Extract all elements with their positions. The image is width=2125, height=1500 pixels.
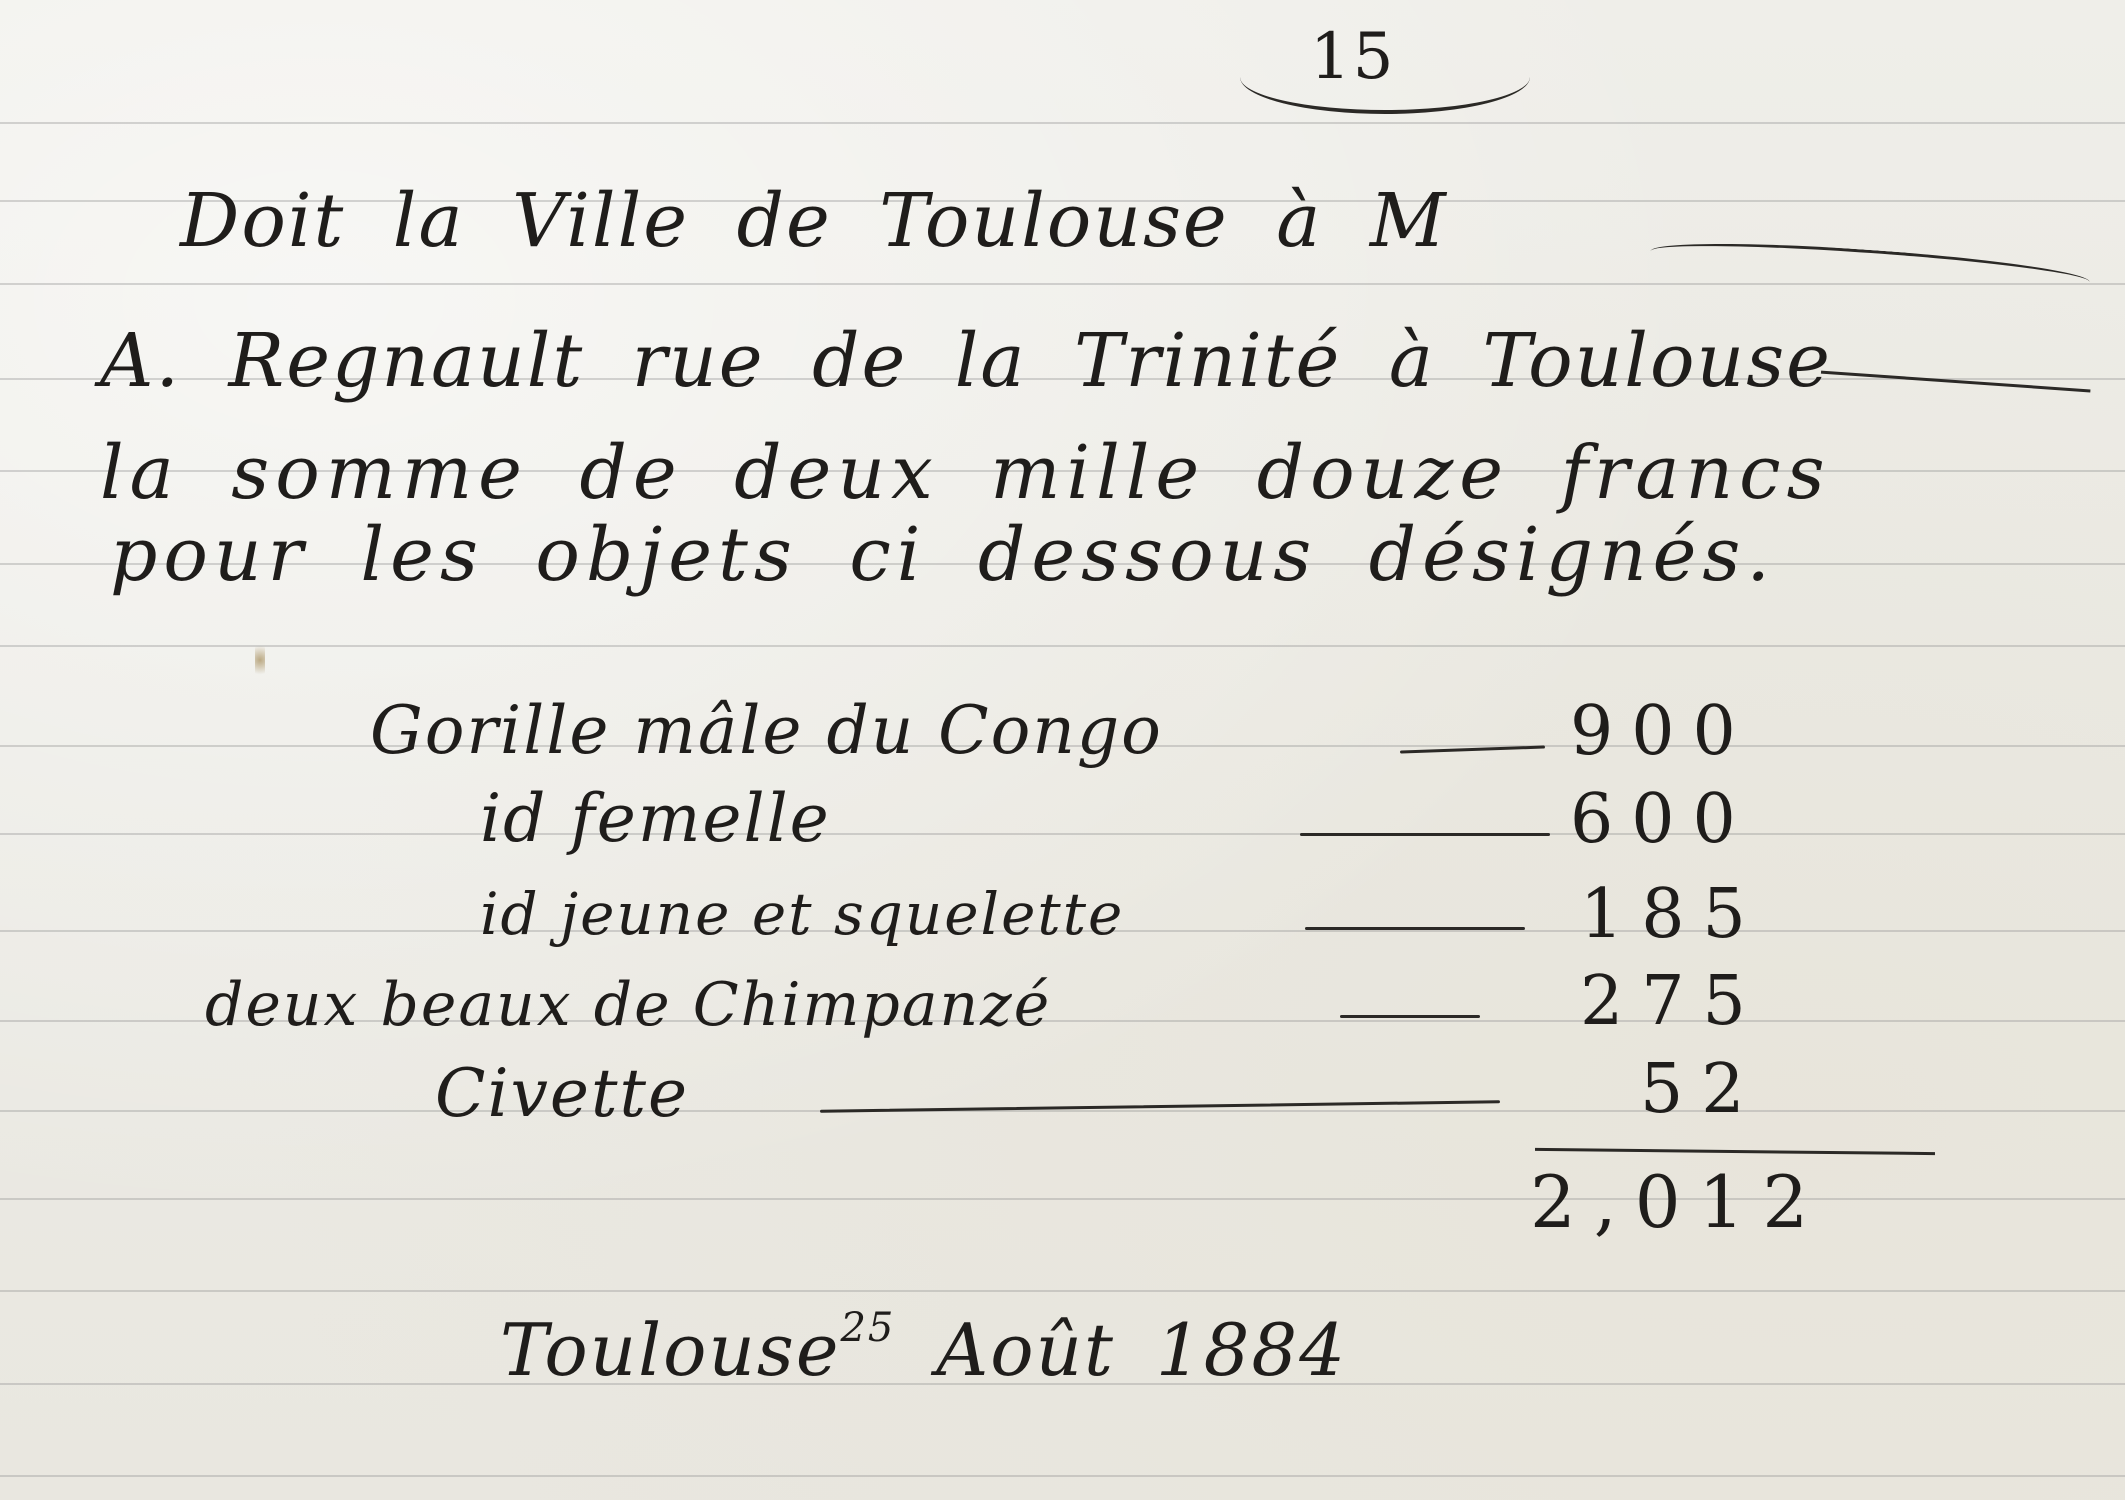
total-amount: 2,012 — [1530, 1160, 1826, 1244]
ruled-line — [0, 283, 2125, 285]
item-amount: 275 — [1580, 962, 1764, 1041]
ruled-line — [0, 122, 2125, 124]
item-leader-line — [1340, 1015, 1480, 1018]
page-number: 15 — [1310, 20, 1395, 94]
ruled-line — [0, 645, 2125, 647]
item-leader-line — [1305, 927, 1525, 930]
item-label: Gorille mâle du Congo — [370, 692, 1163, 769]
item-label: deux beaux de Chimpanzé — [205, 970, 1051, 1040]
item-label: id femelle — [480, 780, 831, 857]
header-line-4: pour les objets ci dessous désignés. — [110, 512, 1776, 598]
ruled-line — [0, 1290, 2125, 1292]
item-amount: 185 — [1580, 875, 1764, 954]
item-amount: 900 — [1570, 692, 1754, 771]
ruled-line — [0, 833, 2125, 835]
date-month: Août — [936, 1308, 1115, 1392]
header-line-2: A. Regnault rue de la Trinité à Toulouse — [100, 318, 1832, 404]
date-line: Toulouse25 Août 1884 — [500, 1305, 1347, 1392]
date-place: Toulouse — [500, 1308, 840, 1392]
ink-stain — [255, 640, 265, 680]
header-line-1: Doit la Ville de Toulouse à M — [180, 178, 1448, 264]
date-day: 25 — [840, 1305, 895, 1351]
date-year: 1884 — [1156, 1308, 1347, 1392]
header-line-3: la somme de deux mille douze francs — [100, 430, 1831, 516]
ruled-line — [0, 1475, 2125, 1477]
invoice-paper: 15 Doit la Ville de Toulouse à M A. Regn… — [0, 0, 2125, 1500]
total-rule — [1535, 1148, 1935, 1155]
item-amount: 52 — [1640, 1050, 1763, 1129]
item-leader-line — [1300, 833, 1550, 836]
item-label: Civette — [435, 1055, 689, 1132]
flourish — [1649, 235, 2090, 299]
item-amount: 600 — [1570, 780, 1754, 859]
ruled-line — [0, 1110, 2125, 1112]
item-label: id jeune et squelette — [480, 880, 1124, 948]
flourish — [1820, 371, 2091, 413]
